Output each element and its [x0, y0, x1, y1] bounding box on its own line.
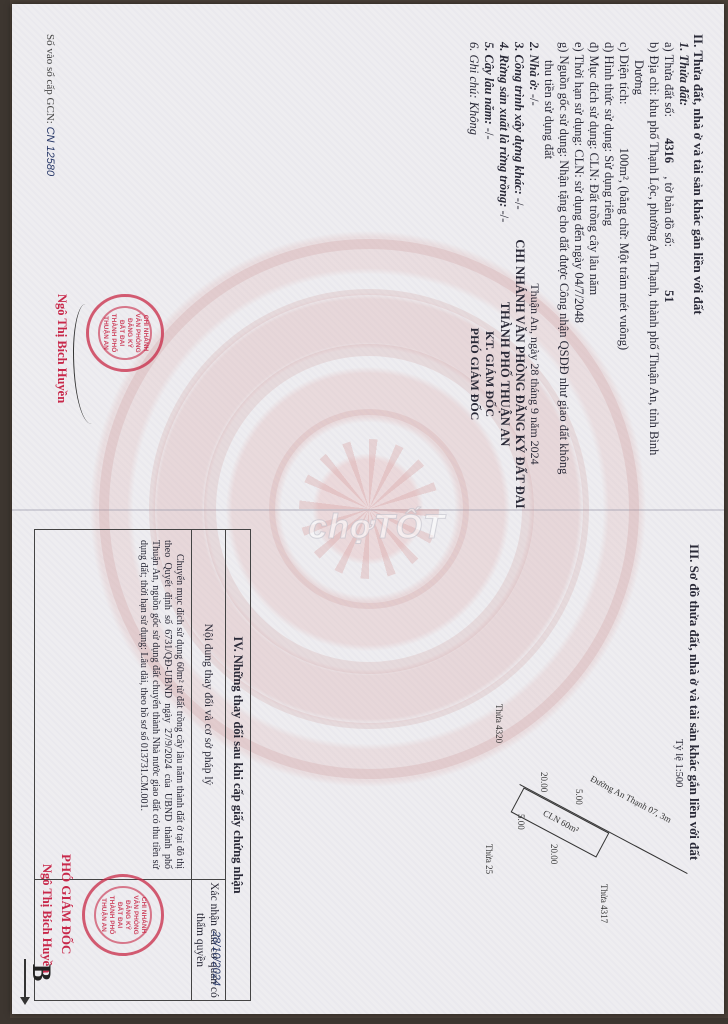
parcel-number-row: a) Thửa đất số: 4316 , tờ bản đồ số: 51 — [661, 42, 676, 494]
signer-name: Ngô Thị Bích Huyền — [54, 294, 69, 403]
change-entry: Chuyển mục đích sử dụng 60m² từ đất trồn… — [131, 530, 191, 879]
confirm-signer: Ngô Thị Bích Huyền — [39, 864, 54, 973]
signature-icon — [73, 304, 104, 424]
registry-number: Số vào sổ cấp GCN: CN 12580 — [44, 34, 56, 176]
land-subheading: 1. Thửa đất: — [676, 42, 691, 494]
usage-form-row: d) Hình thức sử dụng: Sử dụng riêng — [601, 42, 616, 494]
usage-term-row: e) Thời hạn sử dụng: CLN: sử dụng đến ng… — [571, 42, 586, 494]
map-scale: Tỷ lệ 1:500 — [673, 739, 684, 787]
arrow-right-icon — [24, 959, 26, 999]
section-ii-heading: II. Thửa đất, nhà ở và tài sản khác gắn … — [691, 34, 706, 494]
col-change-content: Nội dung thay đổi và cơ sở pháp lý — [191, 530, 225, 879]
deputy-director: PHÓ GIÁM ĐỐC — [467, 204, 482, 544]
section-iv-heading: IV. Những thay đổi sau khi cấp giấy chứn… — [225, 530, 250, 1000]
usage-purpose-row: đ) Mục đích sử dụng: CLN: Đất trồng cây … — [586, 42, 601, 494]
photo-edge-left — [0, 0, 10, 1024]
area-value: 100m², (bằng chữ: Một trăm mét vuông) — [617, 148, 631, 351]
page-mark-b: B — [26, 964, 56, 981]
parcel-number: 4316 — [662, 138, 676, 163]
place-date: Thuận An, ngày 28 tháng 9 năm 2024 — [527, 204, 542, 544]
land-certificate-sheet: II. Thửa đất, nhà ở và tài sản khác gắn … — [12, 4, 724, 1014]
map-sheet-number: 51 — [662, 290, 676, 303]
parcel-sketch: Đường An Thạnh 07, 3m Thửa 4320 Thửa 431… — [444, 694, 644, 934]
section-iii-heading: III. Sơ đồ thửa đất, nhà ở và tài sản kh… — [686, 544, 702, 860]
address-row: b) Địa chỉ: khu phố Thạnh Lộc, phường An… — [646, 42, 661, 494]
usage-origin-row: g) Nguồn gốc sử dụng: Nhận tặng cho đất … — [556, 42, 571, 494]
confirm-stamp-icon: CHI NHÁNH VĂN PHÒNG ĐĂNG KÝ ĐẤT ĐAI THÀN… — [82, 874, 164, 956]
kt-director: KT. GIÁM ĐỐC — [482, 204, 497, 544]
area-row: c) Diện tích: 100m², (bằng chữ: Một trăm… — [616, 42, 631, 494]
confirm-date: 28/10/2024 — [210, 931, 222, 986]
confirm-title: PHÓ GIÁM ĐỐC — [58, 854, 74, 954]
issuing-office: CHI NHÁNH VĂN PHÒNG ĐĂNG KÝ ĐẤT ĐAI — [512, 204, 527, 544]
issuer-signature-block: Thuận An, ngày 28 tháng 9 năm 2024 CHI N… — [467, 204, 542, 544]
chotot-watermark: chợTỐT — [308, 508, 445, 547]
photo-edge-bottom — [0, 1018, 728, 1024]
